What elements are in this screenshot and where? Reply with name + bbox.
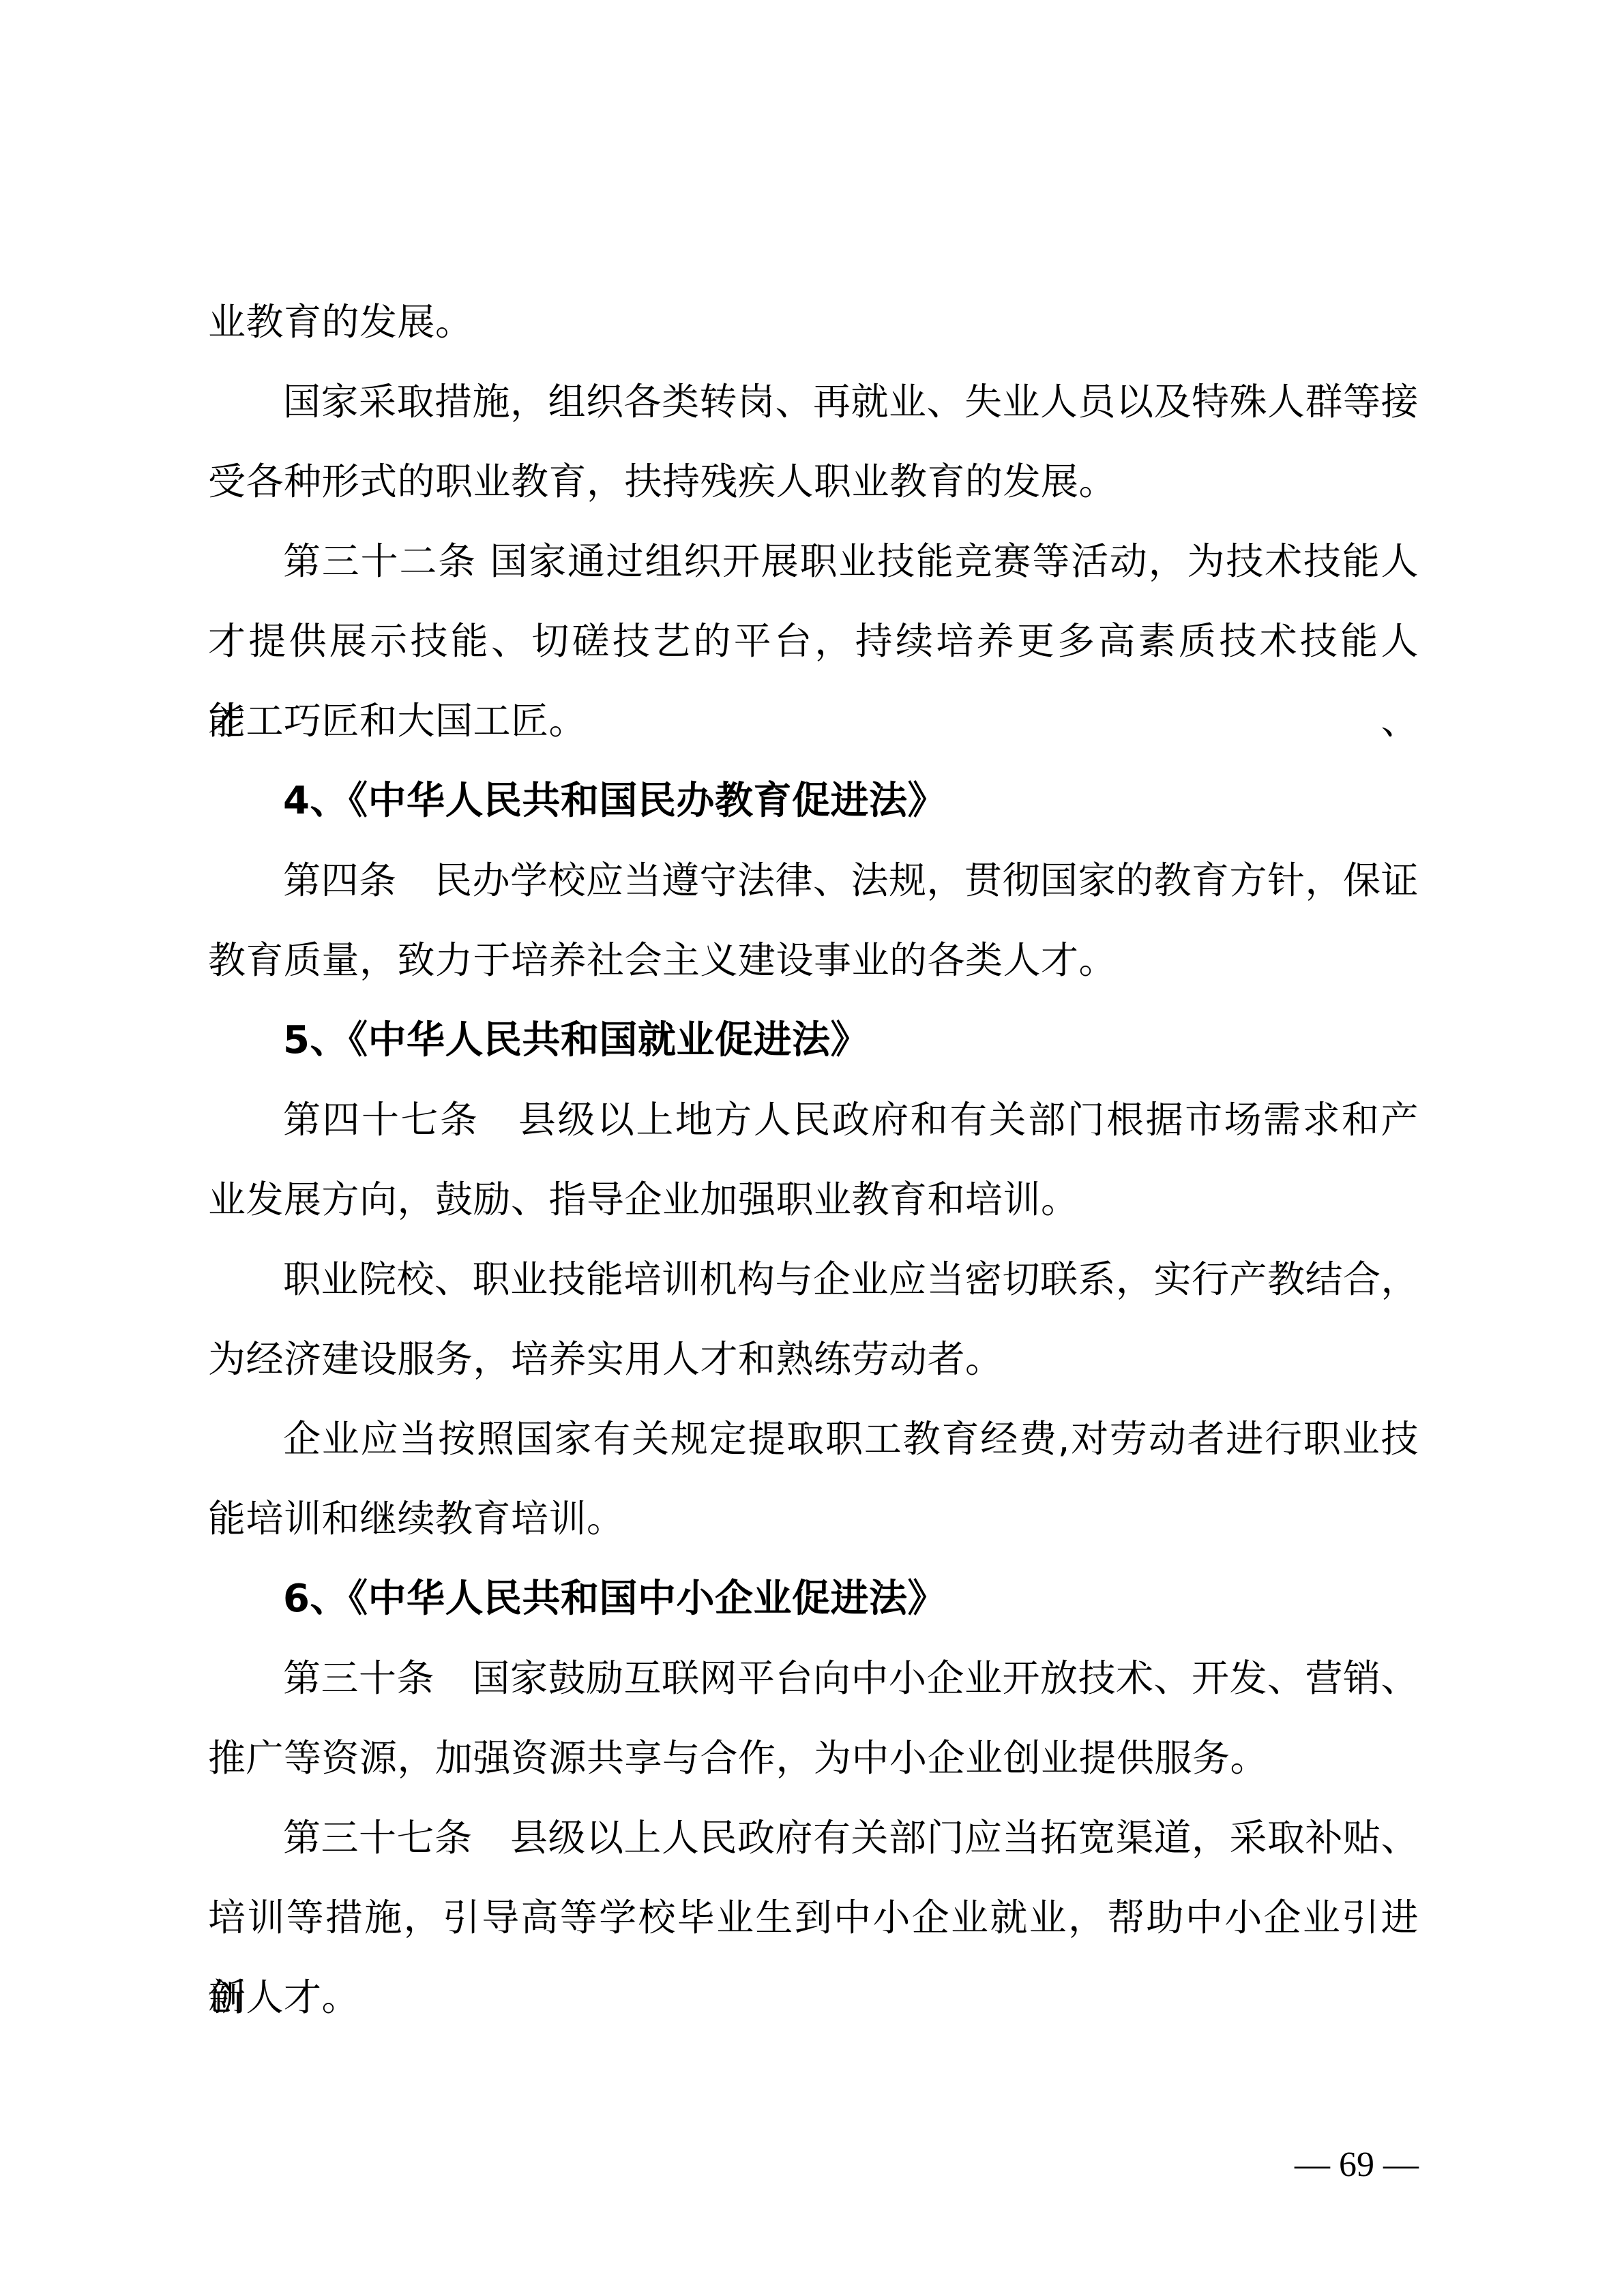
paragraph-line: 为经济建设服务，培养实用人才和熟练劳动者。 [208, 1320, 1419, 1399]
page-number: — 69 — [1295, 2145, 1419, 2186]
document-page: 业教育的发展。 国家采取措施，组织各类转岗、再就业、失业人员以及特殊人群等接 受… [0, 0, 1624, 2296]
paragraph-line: 能培训和继续教育培训。 [208, 1479, 1419, 1559]
section-heading-5: 5、《中华人民共和国就业促进法》 [208, 1000, 1419, 1080]
paragraph-line: 企业应当按照国家有关规定提取职工教育经费,对劳动者进行职业技 [208, 1399, 1419, 1479]
paragraph-line: 才提供展示技能、切磋技艺的平台，持续培养更多高素质技术技能人才、 [208, 601, 1419, 681]
paragraph-line: 业发展方向，鼓励、指导企业加强职业教育和培训。 [208, 1160, 1419, 1240]
paragraph-line: 新人才。 [208, 1958, 1419, 2038]
paragraph-line: 受各种形式的职业教育，扶持残疾人职业教育的发展。 [208, 442, 1419, 522]
document-body: 业教育的发展。 国家采取措施，组织各类转岗、再就业、失业人员以及特殊人群等接 受… [208, 282, 1419, 2038]
paragraph-line: 推广等资源，加强资源共享与合作，为中小企业创业提供服务。 [208, 1718, 1419, 1798]
paragraph-line: 第四条 民办学校应当遵守法律、法规，贯彻国家的教育方针，保证 [208, 841, 1419, 921]
section-heading-4: 4、《中华人民共和国民办教育促进法》 [208, 761, 1419, 841]
section-heading-6: 6、《中华人民共和国中小企业促进法》 [208, 1559, 1419, 1639]
paragraph-line: 国家采取措施，组织各类转岗、再就业、失业人员以及特殊人群等接 [208, 362, 1419, 442]
paragraph-line: 业教育的发展。 [208, 282, 1419, 362]
paragraph-line: 第四十七条 县级以上地方人民政府和有关部门根据市场需求和产 [208, 1080, 1419, 1160]
paragraph-line: 职业院校、职业技能培训机构与企业应当密切联系，实行产教结合， [208, 1240, 1419, 1320]
paragraph-line: 培训等措施，引导高等学校毕业生到中小企业就业，帮助中小企业引进创 [208, 1878, 1419, 1958]
paragraph-line: 第三十七条 县级以上人民政府有关部门应当拓宽渠道，采取补贴、 [208, 1798, 1419, 1878]
paragraph-line: 第三十二条 国家通过组织开展职业技能竞赛等活动，为技术技能人 [208, 522, 1419, 601]
paragraph-line: 第三十条 国家鼓励互联网平台向中小企业开放技术、开发、营销、 [208, 1639, 1419, 1718]
paragraph-line: 教育质量，致力于培养社会主义建设事业的各类人才。 [208, 921, 1419, 1000]
